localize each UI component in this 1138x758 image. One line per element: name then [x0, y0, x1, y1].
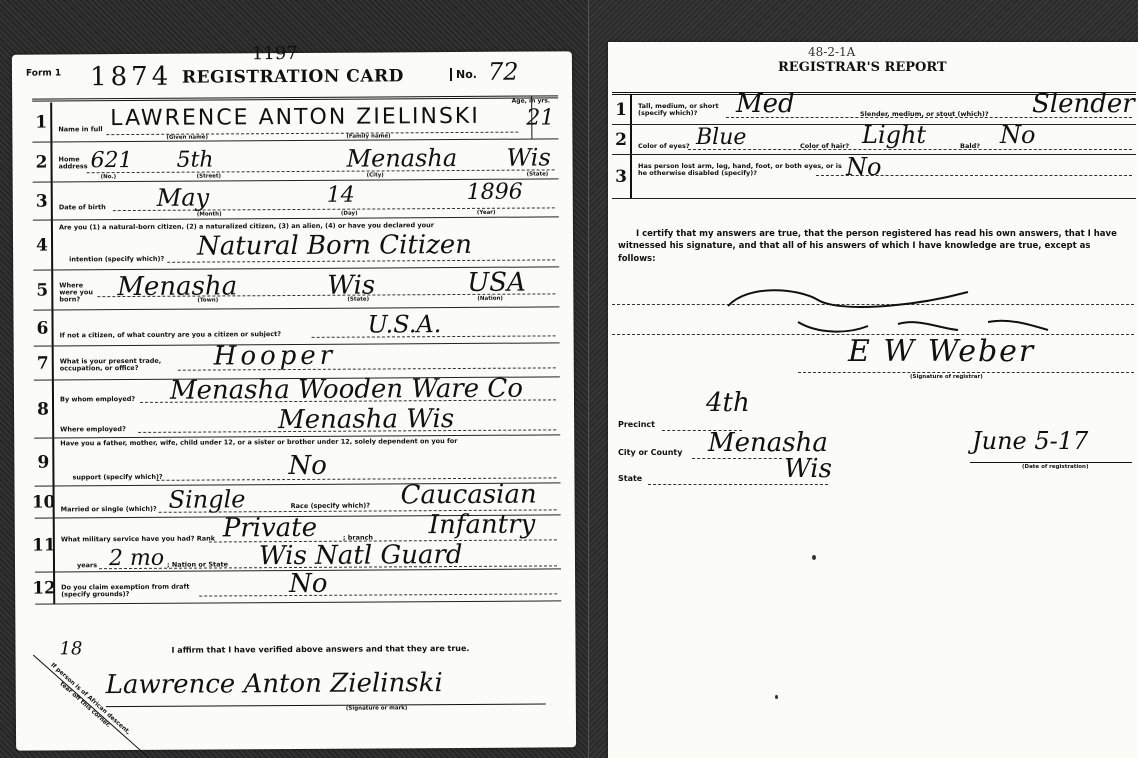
overwritten-number: 1197 [252, 43, 298, 64]
registrant-signature: Lawrence Anton Zielinski [106, 668, 443, 700]
marital-label: Married or single (which)? [61, 506, 157, 514]
row-3-date-of-birth: 3 Date of birth May 14 1896 (Month) (Day… [33, 179, 559, 220]
report-row-3-disability: 3 Has person lost arm, leg, hand, foot, … [612, 155, 1136, 199]
race-value: Caucasian [400, 480, 536, 511]
address-city: Menasha [346, 144, 457, 173]
card-title: REGISTRATION CARD [182, 66, 404, 87]
certification-text: I certify that my answers are true, that… [618, 228, 1128, 265]
hair-color-label: Color of hair? [800, 143, 849, 150]
row-number: 9 [34, 438, 54, 485]
name-value: LAWRENCE ANTON ZIELINSKI [110, 104, 480, 131]
row-4-citizenship: 4 Are you (1) a natural-born citizen, (2… [33, 217, 559, 270]
bald-label: Bald? [960, 143, 980, 150]
row-number: 3 [33, 182, 53, 219]
birth-nation: USA [467, 268, 526, 298]
state-label: State [618, 474, 642, 483]
dotted-line [648, 484, 828, 485]
no-value: 72 [488, 58, 519, 86]
row-number: 1 [612, 95, 632, 124]
row-number: 11 [35, 518, 55, 571]
dob-day: 14 [327, 183, 355, 208]
caption-state: (State) [527, 171, 549, 177]
serial-number: 1874 [90, 62, 172, 93]
support-label: support (specify which)? [72, 474, 162, 482]
exemption-label: Do you claim exemption from draft (speci… [61, 584, 211, 599]
city-county-label: City or County [618, 448, 682, 457]
registrar-signature-line [798, 372, 1134, 373]
birth-town: Menasha [117, 271, 237, 302]
military-rank-value: Private [223, 513, 317, 544]
citizenship-value: Natural Born Citizen [197, 230, 472, 262]
question-rows: 1 Name in full LAWRENCE ANTON ZIELINSKI … [32, 99, 561, 604]
row-2-home-address: 2 Home address 621 5th Menasha Wis (No.)… [32, 139, 558, 182]
disability-value: No [846, 153, 881, 181]
birthplace-label: Where were you born? [59, 282, 103, 304]
exemption-value: No [289, 569, 328, 599]
years-value: 2 mo [109, 546, 164, 571]
citizen-of-label: If not a citizen, of what country are yo… [60, 331, 281, 339]
home-address-label: Home address [59, 156, 81, 170]
row-number: 5 [33, 270, 53, 309]
address-street: 5th [176, 147, 213, 172]
military-rank-label: What military service have you had? Rank [61, 535, 215, 543]
nation-state-value: Wis Natl Guard [259, 540, 463, 571]
registration-date: June 5-17 [972, 427, 1088, 455]
occupation-value: Hooper [214, 341, 337, 372]
caption-year: (Year) [477, 210, 496, 216]
eye-color-label: Color of eyes? [638, 143, 690, 150]
exception-strike-marks [708, 278, 1108, 338]
bald-value: No [1000, 121, 1035, 149]
report-row-2-coloring: 2 Color of eyes? Blue Color of hair? Lig… [612, 125, 1136, 155]
row-number: 3 [612, 155, 632, 198]
row-number: 8 [34, 380, 54, 437]
state-value: Wis [784, 454, 832, 484]
date-caption: (Date of registration) [1022, 464, 1088, 470]
caption-city: (City) [367, 172, 384, 178]
citizen-of-value: U.S.A. [367, 310, 441, 338]
age-value: 21 [526, 105, 554, 130]
caption-street: (Street) [197, 173, 221, 179]
row-number: 4 [33, 220, 53, 269]
address-number: 621 [90, 148, 132, 173]
row-5-birthplace: 5 Where were you born? Menasha Wis USA (… [33, 267, 559, 310]
dob-year: 1896 [467, 180, 523, 205]
no-label: No. [450, 68, 477, 81]
date-line [970, 462, 1132, 463]
race-label: Race (specify which)? [291, 503, 370, 511]
dob-month: May [157, 184, 210, 212]
where-employed-value: Menasha Wis [278, 404, 454, 435]
employer-value: Menasha Wooden Ware Co [170, 374, 523, 406]
height-value: Med [736, 89, 795, 119]
registrars-report-back: 48-2-1A REGISTRAR'S REPORT 1 Tall, mediu… [608, 42, 1138, 758]
caption-month: (Month) [197, 211, 222, 217]
row-1-name: 1 Name in full LAWRENCE ANTON ZIELINSKI … [32, 99, 558, 142]
affirmation-text: I affirm that I have verified above answ… [171, 644, 469, 655]
corner-number: 18 [59, 638, 82, 659]
build-label: Slender, medium, or stout (which)? [860, 111, 989, 118]
registrar-signature: E W Weber [848, 334, 1035, 369]
branch-value: Infantry [429, 510, 536, 541]
height-label: Tall, medium, or short (specify which)? [638, 103, 748, 117]
where-employed-label: Where employed? [60, 426, 126, 434]
dotted-line [692, 458, 782, 459]
name-label: Name in full [58, 126, 102, 133]
caption-day: (Day) [341, 211, 358, 217]
given-name-caption: (Given name) [166, 135, 208, 141]
row-number: 2 [612, 125, 632, 154]
registration-card-front: Form 1 1197 1874 REGISTRATION CARD No. 7… [12, 51, 576, 750]
row-8-employer: 8 By whom employed? Menasha Wooden Ware … [34, 377, 560, 438]
ink-speck [775, 695, 778, 699]
caption-nation: (Nation) [477, 296, 503, 302]
form-label: Form 1 [26, 68, 61, 78]
row-11-military-service: 11 What military service have you had? R… [35, 515, 561, 572]
address-state: Wis [506, 143, 550, 171]
report-stamp: 48-2-1A [808, 45, 855, 59]
eye-color-value: Blue [696, 125, 746, 150]
row-number: 1 [32, 102, 52, 141]
years-label: years [77, 562, 97, 569]
dotted-line [688, 149, 1132, 150]
nation-state-label: ; Nation or State [167, 561, 228, 569]
intention-label: intention (specify which)? [69, 256, 164, 264]
signature-line [106, 703, 546, 707]
dependents-value: No [288, 451, 327, 481]
row-12-exemption: 12 Do you claim exemption from draft (sp… [35, 569, 561, 604]
caption-state: (State) [347, 297, 369, 303]
dependents-label: Have you a father, mother, wife, child u… [60, 438, 457, 448]
employer-label: By whom employed? [60, 396, 135, 404]
row-number: 12 [35, 572, 55, 603]
ink-speck [812, 555, 816, 560]
registrar-caption: (Signature of registrar) [910, 374, 983, 380]
row-number: 7 [34, 346, 54, 379]
row-number: 6 [33, 310, 53, 345]
row-number: 2 [32, 142, 52, 181]
family-name-caption: (Family name) [346, 133, 390, 139]
precinct-value: 4th [706, 388, 750, 418]
build-value: Slender [1032, 89, 1135, 119]
report-title: REGISTRAR'S REPORT [778, 60, 947, 75]
precinct-label: Precinct [618, 420, 655, 429]
signature-caption: (Signature or mark) [346, 705, 408, 711]
dotted-line [199, 593, 557, 596]
dob-label: Date of birth [59, 204, 106, 211]
caption-town: (Town) [197, 297, 218, 303]
hair-color-value: Light [862, 121, 926, 149]
marital-value: Single [169, 485, 246, 513]
row-number: 10 [35, 486, 55, 517]
caption-no: (No.) [101, 174, 117, 180]
report-rows: 1 Tall, medium, or short (specify which)… [612, 95, 1136, 199]
dotted-line [87, 169, 555, 173]
